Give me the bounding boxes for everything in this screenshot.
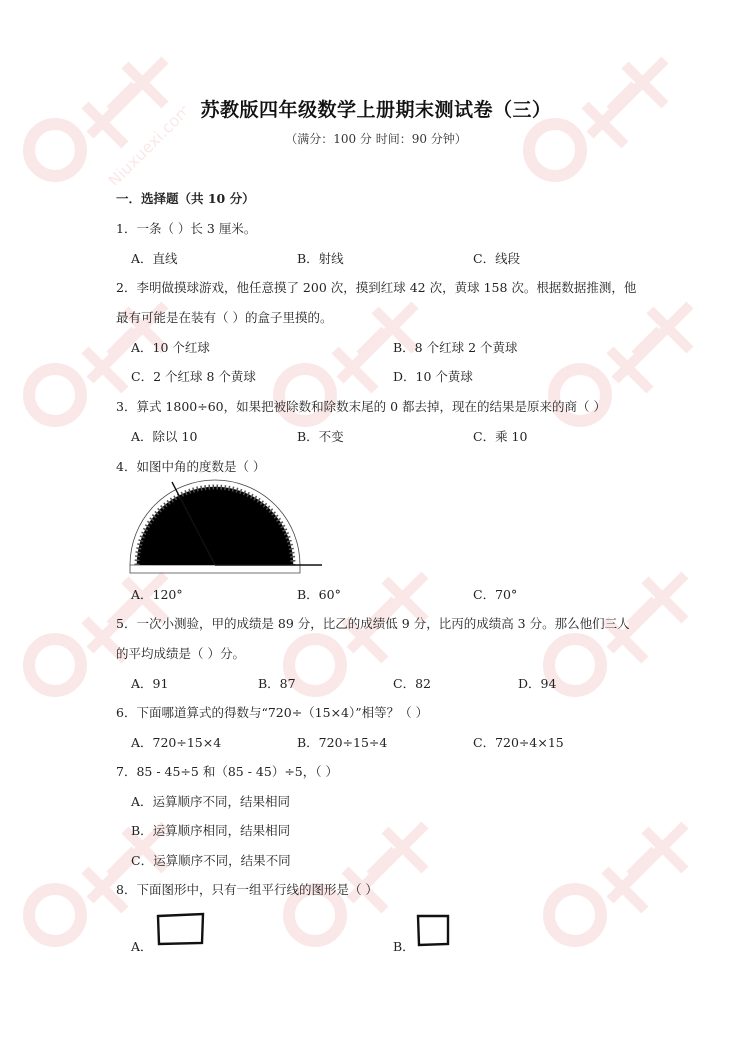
q2-option-c: C．2 个红球 8 个黄球 bbox=[131, 367, 256, 385]
section-heading: 一．选择题（共 10 分） bbox=[116, 189, 255, 207]
trapezoid-shape-icon bbox=[156, 912, 206, 946]
question-2: 2．李明做摸球游戏，他任意摸了 200 次，摸到红球 42 次，黄球 158 次… bbox=[116, 278, 636, 296]
q3-option-a: A．除以 10 bbox=[131, 427, 197, 445]
question-8: 8．下面图形中，只有一组平行线的图形是（ ） bbox=[116, 880, 378, 898]
q5-option-a: A．91 bbox=[131, 674, 168, 692]
question-5: 5．一次小测验，甲的成绩是 89 分，比乙的成绩低 9 分，比丙的成绩高 3 分… bbox=[116, 614, 630, 632]
q2-option-b: B．8 个红球 2 个黄球 bbox=[393, 338, 518, 356]
q8-shape-a bbox=[156, 912, 206, 950]
q4-option-a: A．120° bbox=[131, 585, 183, 603]
q6-option-a: A．720÷15×4 bbox=[131, 733, 221, 751]
protractor-figure bbox=[125, 475, 325, 580]
q8-option-a: A． bbox=[131, 937, 153, 955]
q3-option-b: B．不变 bbox=[297, 427, 344, 445]
q2-option-a: A．10 个红球 bbox=[131, 338, 210, 356]
q5-option-c: C．82 bbox=[393, 674, 431, 692]
q4-option-c: C．70° bbox=[473, 585, 517, 603]
q1-option-b: B．射线 bbox=[297, 249, 344, 267]
q2-option-d: D．10 个黄球 bbox=[393, 367, 473, 385]
exam-info: （满分：100 分 时间：90 分钟） bbox=[0, 130, 752, 147]
question-5-cont: 的平均成绩是（ ）分。 bbox=[116, 644, 245, 662]
q4-option-b: B．60° bbox=[297, 585, 341, 603]
watermark-logo bbox=[535, 790, 705, 950]
square-shape-icon bbox=[415, 913, 451, 947]
page-title: 苏教版四年级数学上册期末测试卷（三） bbox=[0, 95, 752, 122]
question-6: 6．下面哪道算式的得数与“720÷（15×4）”相等？（ ） bbox=[116, 703, 428, 721]
q1-option-a: A．直线 bbox=[131, 249, 178, 267]
q3-option-c: C．乘 10 bbox=[473, 427, 527, 445]
protractor-icon bbox=[125, 475, 325, 580]
q7-option-b: B．运算顺序相同，结果相同 bbox=[131, 821, 290, 839]
q8-shape-b bbox=[415, 913, 451, 951]
question-3: 3．算式 1800÷60，如果把被除数和除数末尾的 0 都去掉，现在的结果是原来… bbox=[116, 397, 606, 415]
q7-option-c: C．运算顺序不同，结果不同 bbox=[131, 851, 291, 869]
question-1: 1．一条（ ）长 3 厘米。 bbox=[116, 219, 256, 237]
q6-option-c: C．720÷4×15 bbox=[473, 733, 564, 751]
q8-option-b: B． bbox=[393, 937, 415, 955]
q6-option-b: B．720÷15÷4 bbox=[297, 733, 387, 751]
q5-option-d: D．94 bbox=[518, 674, 556, 692]
question-4: 4．如图中角的度数是（ ） bbox=[116, 457, 265, 475]
question-7: 7．85 - 45÷5 和（85 - 45）÷5，（ ） bbox=[116, 762, 338, 780]
question-2-cont: 最有可能是在装有（ ）的盒子里摸的。 bbox=[116, 308, 332, 326]
q1-option-c: C．线段 bbox=[473, 249, 520, 267]
q5-option-b: B．87 bbox=[258, 674, 296, 692]
q7-option-a: A．运算顺序不同，结果相同 bbox=[131, 792, 290, 810]
